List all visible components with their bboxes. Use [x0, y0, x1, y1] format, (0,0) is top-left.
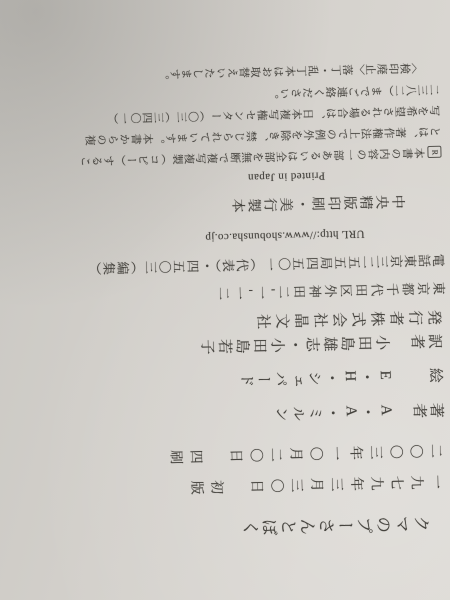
- credit-translator-name: 小田島雄志・小田島若子: [198, 333, 391, 354]
- credit-illustrator: 絵 E・H・シェパード: [238, 366, 444, 386]
- reprint-note: 〈検印廃止〉落丁・乱丁本はお取替えいたします。: [158, 61, 423, 78]
- copyright-line-1-text: 本書の内容の一部あるいは全部を無断で複写複製（コピー）するこ: [80, 146, 425, 166]
- copyright-line-2: とは、著作権法上での例外を除き、禁じられています。本書からの複: [84, 125, 441, 145]
- edition-first-printing: 一九七九年三月三〇日 初版: [184, 473, 444, 493]
- edition-fourth-printing: 二〇〇三年一〇月二〇日 四刷: [164, 442, 444, 463]
- book-title: クマのプーさんとぼく: [240, 513, 430, 535]
- credit-author-label: 著者: [394, 401, 445, 418]
- copyright-line-1: R本書の内容の一部あるいは全部を無断で複写複製（コピー）するこ: [80, 146, 442, 167]
- printed-in-japan: Printed in Japan: [248, 170, 326, 183]
- credit-author: 著者 A・A・ミルン: [273, 401, 445, 420]
- credit-illustrator-name: E・H・シェパード: [238, 367, 393, 387]
- credit-publisher: 発行者株式会社晶文社: [252, 308, 442, 328]
- publisher-url: URL http://www.shobunsha.co.jp: [205, 228, 365, 243]
- credit-translator: 訳者 小田島雄志・小田島若子: [198, 332, 443, 353]
- credit-illustrator-label: 絵: [393, 366, 444, 383]
- publisher-address: 東京都千代田区外神田二-一-一二: [215, 281, 446, 300]
- credit-publisher-label: 発行者: [385, 308, 442, 325]
- copyright-line-4: 二三八二）までご連絡ください。: [267, 83, 440, 98]
- credit-author-name: A・A・ミルン: [273, 402, 394, 421]
- colophon-page: クマのプーさんとぼく 一九七九年三月三〇日 初版 二〇〇三年一〇月二〇日 四刷 …: [0, 0, 450, 600]
- book-colophon-photo: クマのプーさんとぼく 一九七九年三月三〇日 初版 二〇〇三年一〇月二〇日 四刷 …: [0, 0, 450, 600]
- credit-translator-label: 訳者: [390, 332, 443, 349]
- publisher-phone: 電話東京三二五五局四五〇一（代表）・四五〇三（編集）: [88, 253, 446, 275]
- printer-binder-line: 中央精版印刷・美行製本: [229, 193, 405, 211]
- jrrc-r-mark-icon: R: [428, 146, 442, 158]
- copyright-line-3: 写を希望される場合は、日本複写権センター（〇三（三四〇一）: [107, 104, 441, 123]
- credit-publisher-name: 株式会社晶文社: [252, 309, 385, 328]
